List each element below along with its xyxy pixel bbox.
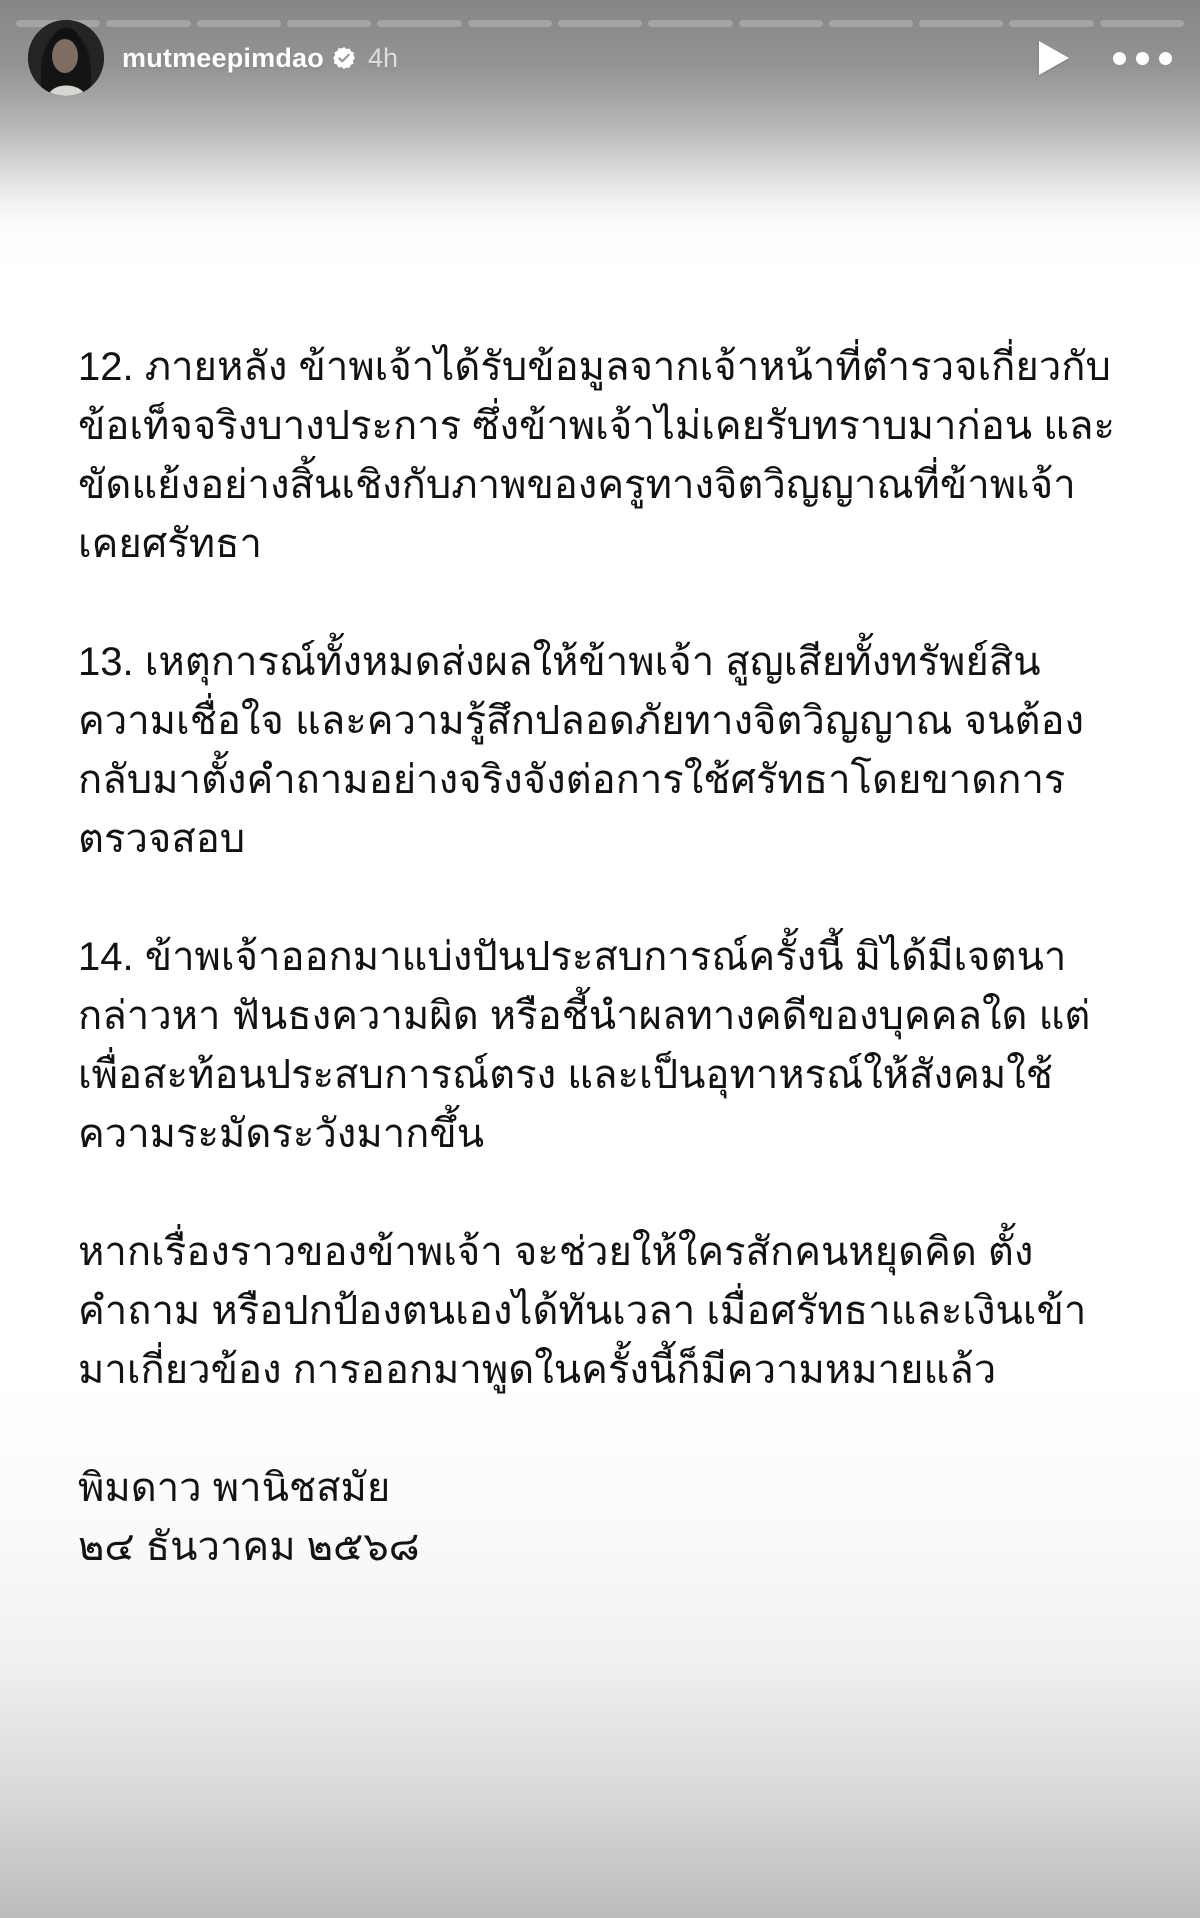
signature-block: พิมดาว พานิชสมัย ๒๔ ธันวาคม ๒๕๖๘ <box>78 1459 1140 1577</box>
text-line: คำถาม หรือปกป้องตนเองได้ทันเวลา เมื่อศรั… <box>78 1282 1140 1341</box>
text-line: เคยศรัทธา <box>78 515 1140 574</box>
story-timestamp: 4h <box>368 43 398 74</box>
story-header: mutmeepimdao 4h <box>28 18 1172 98</box>
text-line: ความเชื่อใจ และความรู้สึกปลอดภัยทางจิตวิ… <box>78 692 1140 751</box>
more-options-icon[interactable] <box>1113 52 1172 65</box>
text-line: หากเรื่องราวของข้าพเจ้า จะช่วยให้ใครสักค… <box>78 1223 1140 1282</box>
header-actions <box>1039 41 1172 75</box>
user-row: mutmeepimdao 4h <box>122 43 398 74</box>
paragraph-14: 14. ข้าพเจ้าออกมาแบ่งปันประสบการณ์ครั้งน… <box>78 928 1140 1164</box>
text-line: 13. เหตุการณ์ทั้งหมดส่งผลให้ข้าพเจ้า สูญ… <box>78 633 1140 692</box>
signature-name: พิมดาว พานิชสมัย <box>78 1459 1140 1518</box>
text-line: กลับมาตั้งคำถามอย่างจริงจังต่อการใช้ศรัท… <box>78 751 1140 810</box>
story-text-content: 12. ภายหลัง ข้าพเจ้าได้รับข้อมูลจากเจ้าห… <box>78 338 1140 1577</box>
text-line: กล่าวหา ฟันธงความผิด หรือชี้นำผลทางคดีขอ… <box>78 987 1140 1046</box>
paragraph-12: 12. ภายหลัง ข้าพเจ้าได้รับข้อมูลจากเจ้าห… <box>78 338 1140 574</box>
signature-date: ๒๔ ธันวาคม ๒๕๖๘ <box>78 1518 1140 1577</box>
paragraph-13: 13. เหตุการณ์ทั้งหมดส่งผลให้ข้าพเจ้า สูญ… <box>78 633 1140 869</box>
instagram-story-screen: mutmeepimdao 4h 12. ภายหลัง ข้าพเจ้าได้ร… <box>0 0 1200 1918</box>
text-line: ขัดแย้งอย่างสิ้นเชิงกับภาพของครูทางจิตวิ… <box>78 456 1140 515</box>
username[interactable]: mutmeepimdao <box>122 43 324 74</box>
text-line: ตรวจสอบ <box>78 810 1140 869</box>
verified-badge-icon <box>333 47 355 69</box>
avatar[interactable] <box>28 20 104 96</box>
text-line: มาเกี่ยวข้อง การออกมาพูดในครั้งนี้ก็มีคว… <box>78 1341 1140 1400</box>
paragraph-closing: หากเรื่องราวของข้าพเจ้า จะช่วยให้ใครสักค… <box>78 1223 1140 1400</box>
text-line: ข้อเท็จจริงบางประการ ซึ่งข้าพเจ้าไม่เคยร… <box>78 397 1140 456</box>
text-line: 14. ข้าพเจ้าออกมาแบ่งปันประสบการณ์ครั้งน… <box>78 928 1140 987</box>
play-icon[interactable] <box>1039 41 1069 75</box>
text-line: 12. ภายหลัง ข้าพเจ้าได้รับข้อมูลจากเจ้าห… <box>78 338 1140 397</box>
text-line: เพื่อสะท้อนประสบการณ์ตรง และเป็นอุทาหรณ์… <box>78 1046 1140 1105</box>
text-line: ความระมัดระวังมากขึ้น <box>78 1105 1140 1164</box>
